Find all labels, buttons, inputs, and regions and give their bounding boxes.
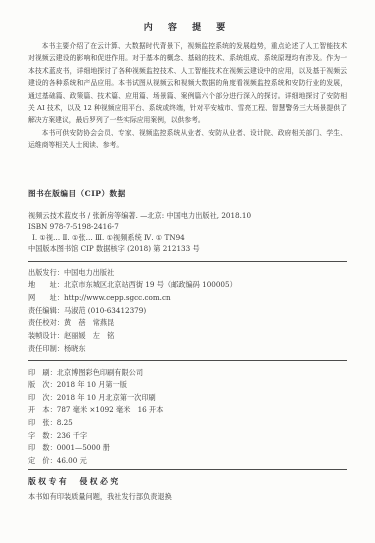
printing-info-line: 印 次：2018 年 10 月北京第一次印刷: [28, 392, 347, 405]
printing-info-line: 印 数：0001—5000 册: [28, 442, 347, 455]
publishing-info-line: 出版发行：中国电力出版社: [28, 267, 347, 280]
publishing-info-line: 地 址：北京市东城区北京站西街 19 号（邮政编码 100005）: [28, 279, 347, 292]
cip-book-line: 视频云技术蓝皮书 / 张新房等编著. —北京: 中国电力出版社, 2018.10: [28, 210, 347, 221]
copyright-notice-title: 版权专有 侵权必究: [28, 476, 347, 487]
cip-heading: 图书在版编目（CIP）数据: [28, 188, 347, 199]
printing-info: 印 刷：北京博图彩色印刷有限公司 版 次：2018 年 10 月第一版 印 次：…: [28, 367, 347, 468]
divider: [28, 360, 347, 361]
summary-paragraph: 本书可供安防协会会员、专家、视频监控系统从业者、安防从业者、设计院、政府相关部门…: [28, 127, 347, 152]
publishing-info: 出版发行：中国电力出版社 地 址：北京市东城区北京站西街 19 号（邮政编码 1…: [28, 267, 347, 356]
copyright-notice: 版权专有 侵权必究 本书如有印装质量问题，我社发行部负责退换: [28, 476, 347, 502]
divider: [28, 261, 347, 262]
publishing-info-line: 责任编辑：马淑范 (010-63412379): [28, 305, 347, 318]
publishing-info-line: 装帧设计：赵丽媛 左 铭: [28, 330, 347, 343]
summary-paragraph: 本书主要介绍了在云计算、大数据时代背景下，视频监控系统的发展趋势，重点论述了人工…: [28, 40, 347, 127]
content-summary: 本书主要介绍了在云计算、大数据时代背景下，视频监控系统的发展趋势，重点论述了人工…: [28, 40, 347, 152]
cip-record-number: 中国版本图书馆 CIP 数据核字 (2018) 第 212133 号: [28, 243, 347, 254]
printing-info-line: 字 数：236 千字: [28, 430, 347, 443]
printing-info-line: 定 价：46.00 元: [28, 455, 347, 468]
publishing-info-line: 网 址：http://www.cepp.sgcc.com.cn: [28, 292, 347, 305]
printing-info-line: 印 张：8.25: [28, 417, 347, 430]
printing-info-line: 开 本：787 毫米 ×1092 毫米 16 开本: [28, 404, 347, 417]
copyright-exchange-note: 本书如有印装质量问题，我社发行部负责退换: [28, 492, 347, 502]
cip-classification: Ⅰ. ①视… Ⅱ. ①张… Ⅲ. ①视频系统 Ⅳ. ① TN94: [28, 232, 347, 243]
book-copyright-page: 内 容 提 要 本书主要介绍了在云计算、大数据时代背景下，视频监控系统的发展趋势…: [0, 0, 375, 543]
cip-isbn: ISBN 978-7-5198-2416-7: [28, 221, 347, 232]
content-summary-title: 内 容 提 要: [28, 20, 347, 33]
printing-info-line: 印 刷：北京博图彩色印刷有限公司: [28, 367, 347, 380]
divider: [28, 469, 347, 470]
publishing-info-line: 责任校对：黄 蓓 常燕昆: [28, 317, 347, 330]
printing-info-line: 版 次：2018 年 10 月第一版: [28, 379, 347, 392]
cip-data-block: 图书在版编目（CIP）数据 视频云技术蓝皮书 / 张新房等编著. —北京: 中国…: [28, 188, 347, 254]
publishing-info-line: 责任印制：杨晓东: [28, 343, 347, 356]
